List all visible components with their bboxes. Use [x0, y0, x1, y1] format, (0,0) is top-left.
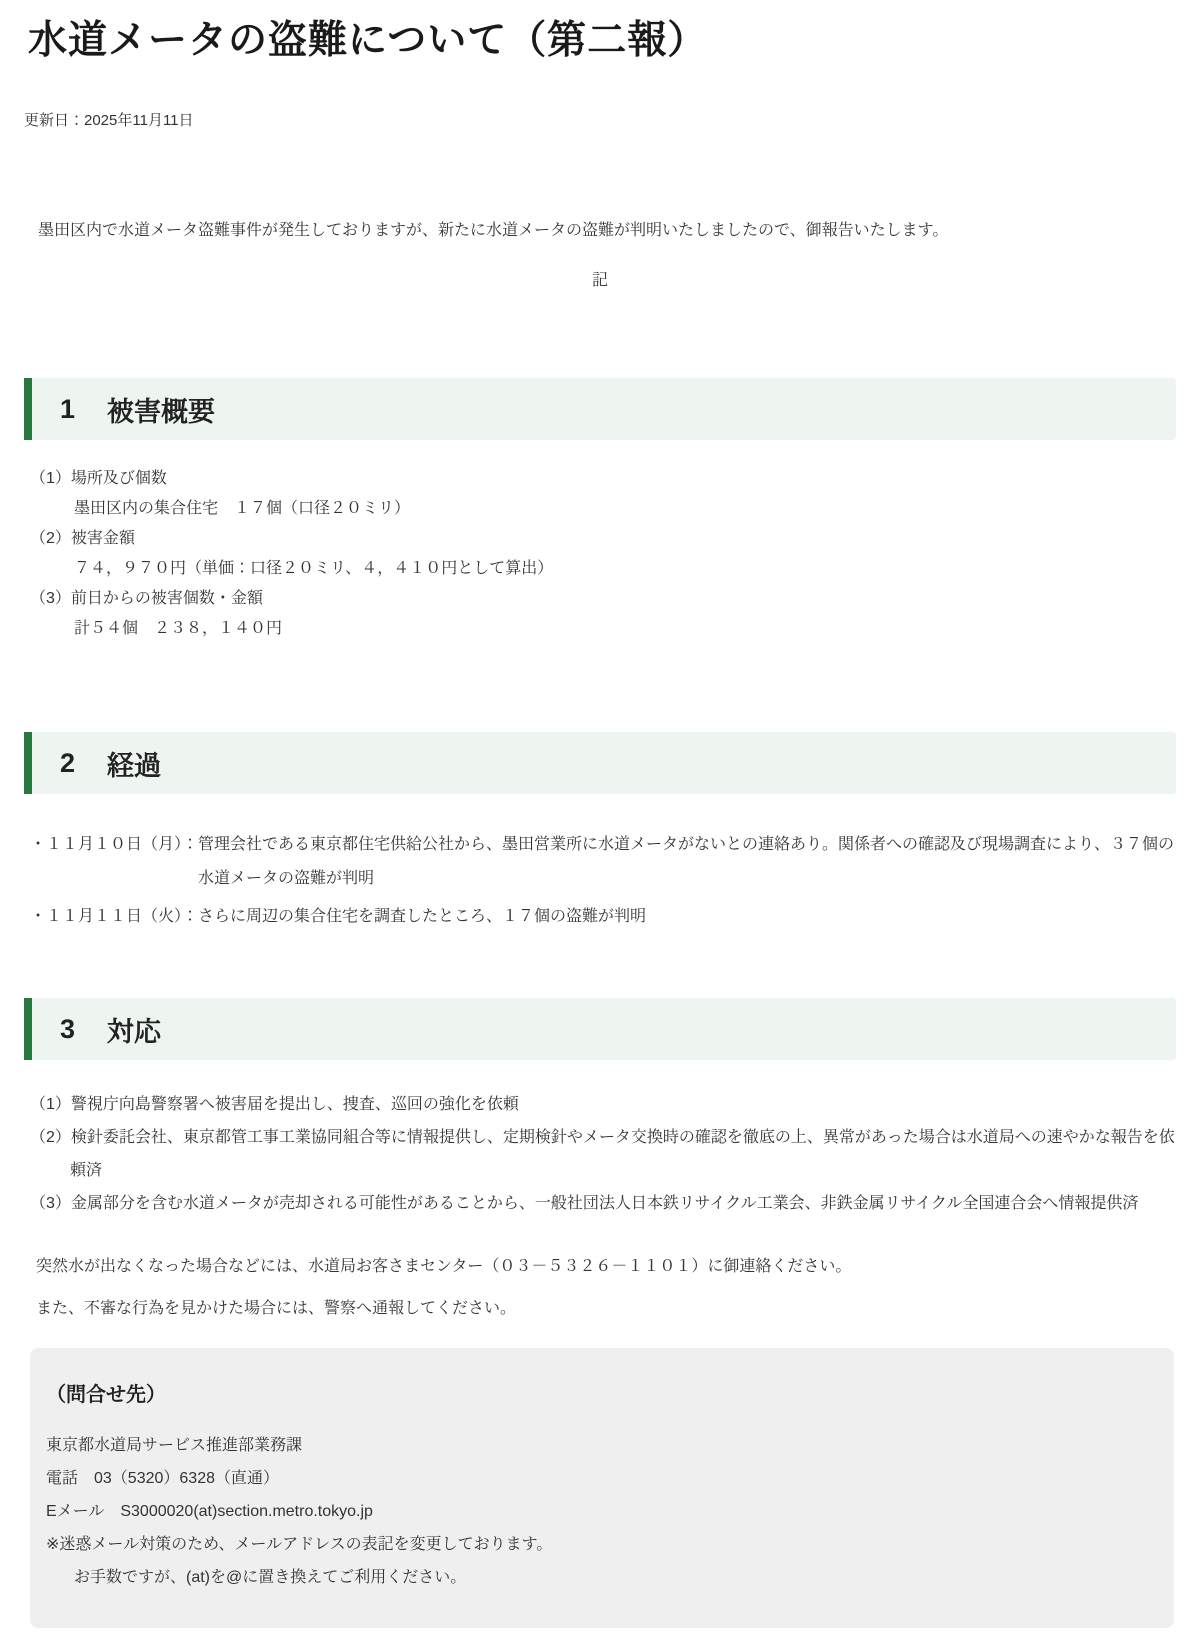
timeline-item: ・１１月１１日（火）： さらに周辺の集合住宅を調査したところ、１７個の盗難が判明: [30, 900, 1176, 934]
timeline-date: ・１１月１０日（月）：: [30, 828, 198, 896]
section-3-list: （1）警視庁向島警察署へ被害届を提出し、捜査、巡回の強化を依頼 （2）検針委託会…: [24, 1088, 1176, 1220]
list-item: （3）金属部分を含む水道メータが売却される可能性があることから、一般社団法人日本…: [70, 1187, 1176, 1220]
list-item-detail: 計５４個 ２３８，１４０円: [30, 614, 1176, 644]
updated-date: 更新日：2025年11月11日: [24, 109, 1176, 130]
section-2-number: 2: [60, 748, 75, 779]
notice-line: 突然水が出なくなった場合などには、水道局お客さまセンター（０３－５３２６－１１０…: [36, 1246, 1176, 1288]
press-release-page: 水道メータの盗難について（第二報） 更新日：2025年11月11日 墨田区内で水…: [0, 14, 1200, 1650]
page-title: 水道メータの盗難について（第二報）: [28, 14, 1176, 69]
timeline-item: ・１１月１０日（月）： 管理会社である東京都住宅供給公社から、墨田営業所に水道メ…: [30, 828, 1176, 896]
notice-line: また、不審な行為を見かけた場合には、警察へ通報してください。: [36, 1288, 1176, 1330]
contact-department: 東京都水道局サービス推進部業務課: [46, 1429, 1150, 1462]
contact-note: お手数ですが、(at)を@に置き換えてご利用ください。: [46, 1561, 1150, 1594]
section-2-list: ・１１月１０日（月）： 管理会社である東京都住宅供給公社から、墨田営業所に水道メ…: [24, 828, 1176, 934]
section-3-number: 3: [60, 1014, 75, 1045]
section-2-title: 経過: [107, 744, 161, 783]
record-mark: 記: [24, 267, 1176, 290]
list-item-detail: ７４，９７０円（単価：口径２０ミリ、４，４１０円として算出）: [30, 554, 1176, 584]
contact-title: （問合せ先）: [46, 1378, 1150, 1407]
contact-lines: 東京都水道局サービス推進部業務課 電話 03（5320）6328（直通） Eメー…: [46, 1429, 1150, 1594]
section-2-header: 2 経過: [24, 732, 1176, 794]
notice-paragraph: 突然水が出なくなった場合などには、水道局お客さまセンター（０３－５３２６－１１０…: [24, 1246, 1176, 1330]
section-3-header: 3 対応: [24, 998, 1176, 1060]
section-3-title: 対応: [107, 1010, 161, 1049]
section-1-header: 1 被害概要: [24, 378, 1176, 440]
intro-paragraph: 墨田区内で水道メータ盗難事件が発生しておりますが、新たに水道メータの盗難が判明い…: [24, 218, 1176, 244]
section-1-number: 1: [60, 394, 75, 425]
section-1-list: （1）場所及び個数 墨田区内の集合住宅 １７個（口径２０ミリ） （2）被害金額 …: [24, 464, 1176, 644]
section-1-title: 被害概要: [107, 390, 215, 429]
list-item-label: （3）前日からの被害個数・金額: [30, 584, 1176, 614]
contact-box: （問合せ先） 東京都水道局サービス推進部業務課 電話 03（5320）6328（…: [30, 1348, 1174, 1628]
list-item-detail: 墨田区内の集合住宅 １７個（口径２０ミリ）: [30, 494, 1176, 524]
timeline-date: ・１１月１１日（火）：: [30, 900, 198, 934]
list-item-label: （1）場所及び個数: [30, 464, 1176, 494]
timeline-text: さらに周辺の集合住宅を調査したところ、１７個の盗難が判明: [198, 900, 1176, 934]
timeline-text: 管理会社である東京都住宅供給公社から、墨田営業所に水道メータがないとの連絡あり。…: [198, 828, 1176, 896]
list-item: （1）警視庁向島警察署へ被害届を提出し、捜査、巡回の強化を依頼: [70, 1088, 1176, 1121]
contact-email: Eメール S3000020(at)section.metro.tokyo.jp: [46, 1495, 1150, 1528]
list-item: （2）検針委託会社、東京都管工事工業協同組合等に情報提供し、定期検針やメータ交換…: [70, 1121, 1176, 1187]
contact-note: ※迷惑メール対策のため、メールアドレスの表記を変更しております。: [46, 1528, 1150, 1561]
list-item-label: （2）被害金額: [30, 524, 1176, 554]
contact-phone: 電話 03（5320）6328（直通）: [46, 1462, 1150, 1495]
